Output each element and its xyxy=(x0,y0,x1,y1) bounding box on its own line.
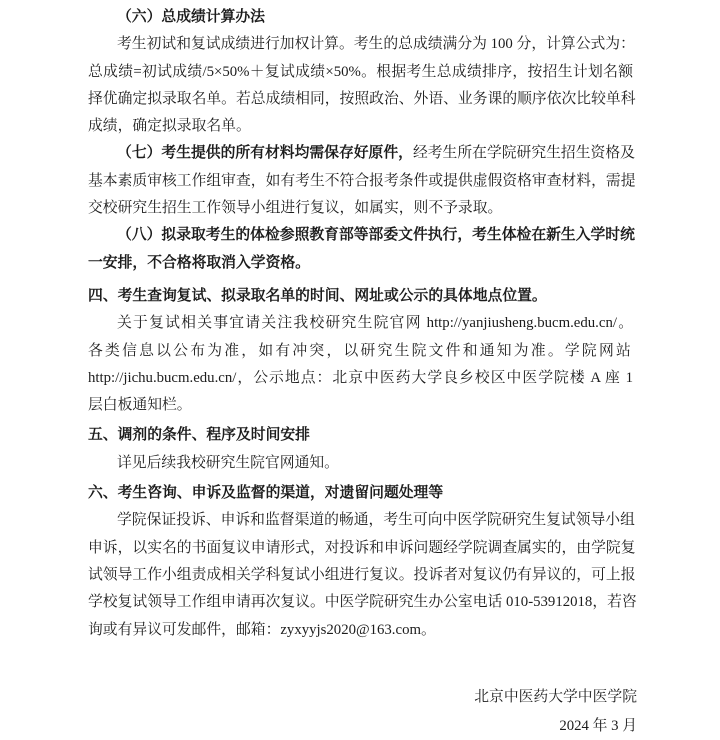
body-text: 总成绩=初试成绩/5×50%＋复试成绩×50%。根据考生总成绩排序，按招生计划名… xyxy=(88,64,633,80)
paragraph-line: 学校复试领导工作组申请再次复议。中医学院研究生办公室电话 010-5391201… xyxy=(88,589,633,616)
paragraph-line: 总成绩=初试成绩/5×50%＋复试成绩×50%。根据考生总成绩排序，按招生计划名… xyxy=(88,59,633,86)
document-footer: 北京中医药大学中医学院 2024 年 3 月 xyxy=(88,683,637,740)
body-text: 各类信息以公布为准，如有冲突，以研究生院文件和通知为准。学院网站 xyxy=(88,343,633,359)
paragraph-line: 层白板通知栏。 xyxy=(88,392,633,419)
paragraph-line: 各类信息以公布为准，如有冲突，以研究生院文件和通知为准。学院网站 xyxy=(88,338,633,365)
body-text: 交校研究生招生工作领导小组进行复议，如属实，则不予录取。 xyxy=(88,200,502,216)
document-page: （六）总成绩计算办法考生初试和复试成绩进行加权计算。考生的总成绩满分为 100 … xyxy=(0,0,720,740)
body-text: 层白板通知栏。 xyxy=(88,397,192,413)
paragraph-line: 成绩，确定拟录取名单。 xyxy=(88,113,633,140)
body-text: 成绩，确定拟录取名单。 xyxy=(88,118,251,134)
paragraph-line: 学院保证投诉、申诉和监督渠道的畅通，考生可向中医学院研究生复试领导小组 xyxy=(88,507,633,534)
bold-text: 一安排，不合格将取消入学资格。 xyxy=(88,255,310,271)
section-4-heading: 四、考生查询复试、拟录取名单的时间、网址或公示的具体地点位置。 xyxy=(88,283,633,310)
bold-text: （六）总成绩计算办法 xyxy=(117,9,265,25)
paragraph-line: 关于复试相关事宜请关注我校研究生院官网 http://yanjiusheng.b… xyxy=(88,310,633,337)
body-text: 经考生所在学院研究生招生资格及 xyxy=(413,145,635,161)
section-6-heading: 六、考生咨询、申诉及监督的渠道，对遗留问题处理等 xyxy=(88,480,633,507)
body-text: 学院保证投诉、申诉和监督渠道的畅通，考生可向中医学院研究生复试领导小组 xyxy=(117,512,635,528)
paragraph-line: 申诉，以实名的书面复议申请形式，对投诉和申诉问题经学院调查属实的，由学院复 xyxy=(88,535,633,562)
body-text: 考生初试和复试成绩进行加权计算。考生的总成绩满分为 100 分，计算公式为： xyxy=(117,36,635,52)
body-text: 详见后续我校研究生院官网通知。 xyxy=(117,455,339,471)
subsection-8-paragraph: （八）拟录取考生的体检参照教育部等部委文件执行，考生体检在新生入学时统 xyxy=(88,222,633,249)
bold-text: 四、考生查询复试、拟录取名单的时间、网址或公示的具体地点位置。 xyxy=(88,288,547,304)
body-text: 学校复试领导工作组申请再次复议。中医学院研究生办公室电话 010-5391201… xyxy=(88,594,637,610)
date-line: 2024 年 3 月 xyxy=(88,712,637,740)
body-text: 试领导工作小组责成相关学科复试小组进行复议。投诉者对复议仍有异议的，可上报 xyxy=(88,567,636,583)
body-text: 关于复试相关事宜请关注我校研究生院官网 http://yanjiusheng.b… xyxy=(117,315,633,331)
bold-text: 五、调剂的条件、程序及时间安排 xyxy=(88,427,310,443)
body-text: 询或有异议可发邮件，邮箱：zyxyyjs2020@163.com。 xyxy=(88,622,436,638)
body-text: 基本素质审核工作组审查，如有考生不符合报考条件或提供虚假资格审查材料，需提 xyxy=(88,173,636,189)
signature-line: 北京中医药大学中医学院 xyxy=(88,683,637,712)
body-text: 择优确定拟录取名单。若总成绩相同，按照政治、外语、业务课的顺序依次比较单科 xyxy=(88,91,636,107)
paragraph-line: 交校研究生招生工作领导小组进行复议，如属实，则不予录取。 xyxy=(88,195,633,222)
body-text: http://jichu.bucm.edu.cn/，公示地点：北京中医药大学良乡… xyxy=(88,370,633,386)
bold-text: （八）拟录取考生的体检参照教育部等部委文件执行，考生体检在新生入学时统 xyxy=(117,227,635,243)
bold-text: （七）考生提供的所有材料均需保存好原件， xyxy=(117,145,413,161)
paragraph-line: 试领导工作小组责成相关学科复试小组进行复议。投诉者对复议仍有异议的，可上报 xyxy=(88,562,633,589)
paragraph-line: 详见后续我校研究生院官网通知。 xyxy=(88,450,633,477)
subsection-7-paragraph: （七）考生提供的所有材料均需保存好原件，经考生所在学院研究生招生资格及 xyxy=(88,140,633,167)
document-body: （六）总成绩计算办法考生初试和复试成绩进行加权计算。考生的总成绩满分为 100 … xyxy=(88,4,633,644)
paragraph-line: 基本素质审核工作组审查，如有考生不符合报考条件或提供虚假资格审查材料，需提 xyxy=(88,168,633,195)
paragraph-line: 询或有异议可发邮件，邮箱：zyxyyjs2020@163.com。 xyxy=(88,617,633,644)
paragraph-line: 一安排，不合格将取消入学资格。 xyxy=(88,250,633,277)
paragraph-line: http://jichu.bucm.edu.cn/，公示地点：北京中医药大学良乡… xyxy=(88,365,633,392)
section-5-heading: 五、调剂的条件、程序及时间安排 xyxy=(88,422,633,449)
paragraph-line: 择优确定拟录取名单。若总成绩相同，按照政治、外语、业务课的顺序依次比较单科 xyxy=(88,86,633,113)
bold-text: 六、考生咨询、申诉及监督的渠道，对遗留问题处理等 xyxy=(88,485,443,501)
body-text: 申诉，以实名的书面复议申请形式，对投诉和申诉问题经学院调查属实的，由学院复 xyxy=(88,540,636,556)
subsection-6-heading: （六）总成绩计算办法 xyxy=(88,4,633,31)
paragraph-line: 考生初试和复试成绩进行加权计算。考生的总成绩满分为 100 分，计算公式为： xyxy=(88,31,633,58)
